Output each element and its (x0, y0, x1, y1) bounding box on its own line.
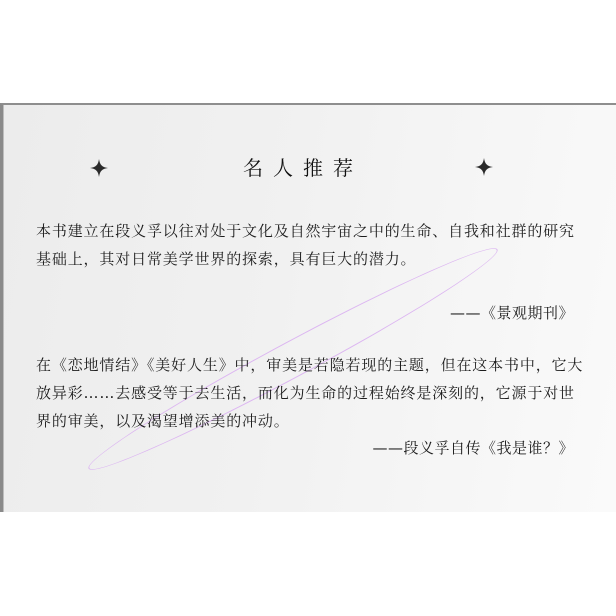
quote-text: 在《恋地情结》《美好人生》中，审美是若隐若现的主题，但在这本书中，它大放异彩……… (36, 351, 584, 435)
recommendation-card: 名人推荐 本书建立在段义孚以往对处于文化及自然宇宙之中的生命、自我和社群的研究基… (0, 103, 616, 512)
quote-citation: ——《景观期刊》 (450, 301, 574, 325)
quote-text: 本书建立在段义孚以往对处于文化及自然宇宙之中的生命、自我和社群的研究基础上，其对… (36, 217, 584, 273)
four-point-star-icon (475, 158, 493, 176)
quote-citation: ——段义孚自传《我是谁？》 (372, 436, 574, 460)
section-title: 名人推荐 (3, 156, 593, 180)
